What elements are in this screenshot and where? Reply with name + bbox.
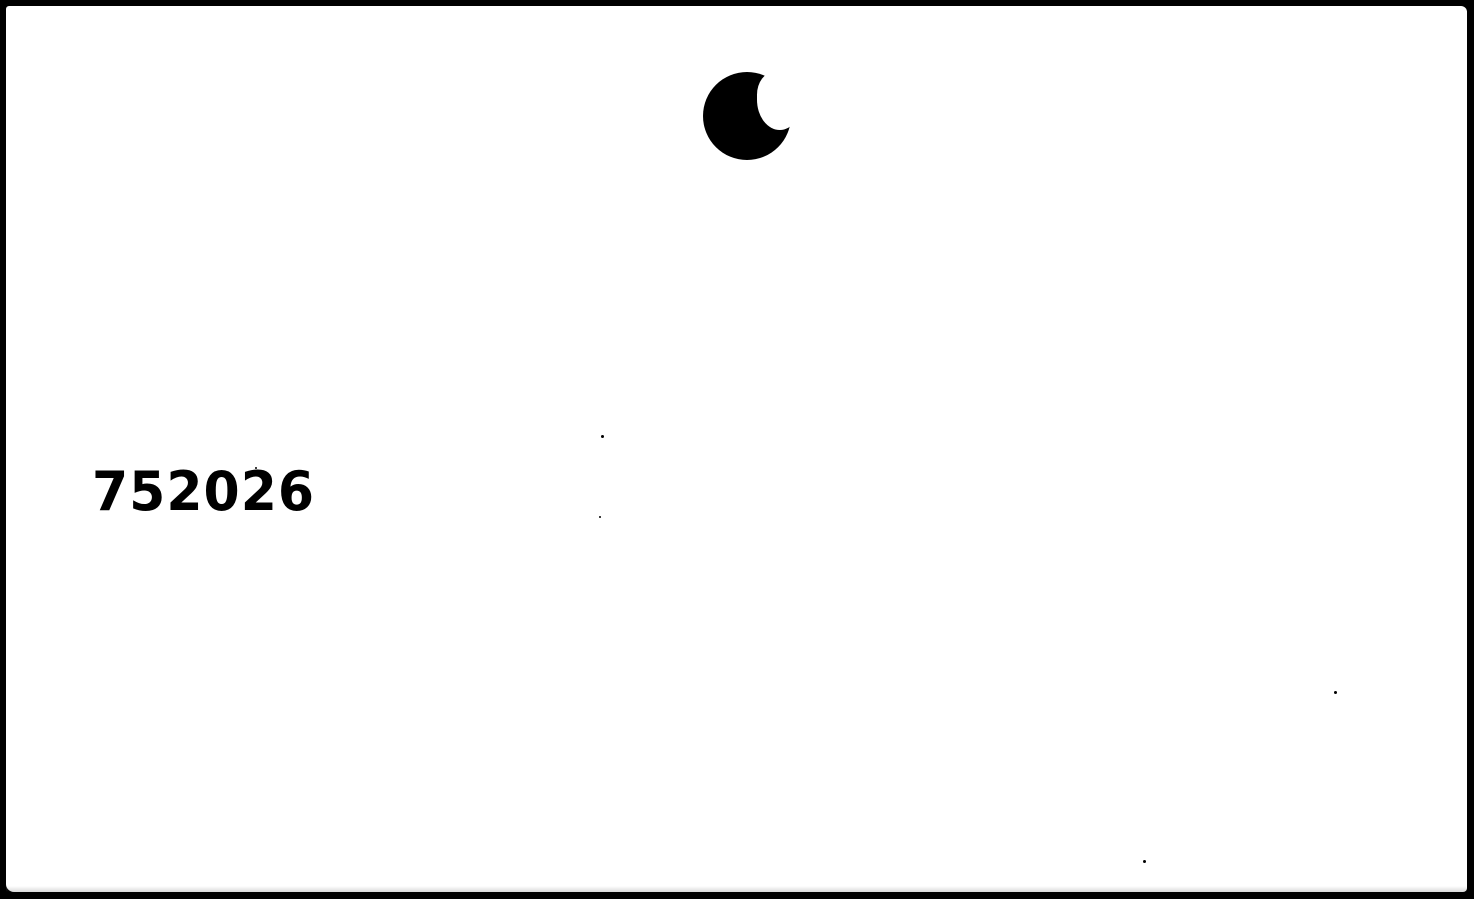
card-number: 752026: [92, 465, 315, 520]
card-bottom-edge: [6, 882, 1467, 892]
speck: [1334, 691, 1337, 694]
speck: [1143, 860, 1146, 863]
speck: [601, 435, 604, 438]
speck: [599, 516, 601, 518]
punch-hole-torn-edge: [757, 72, 801, 130]
speck: [255, 467, 257, 469]
